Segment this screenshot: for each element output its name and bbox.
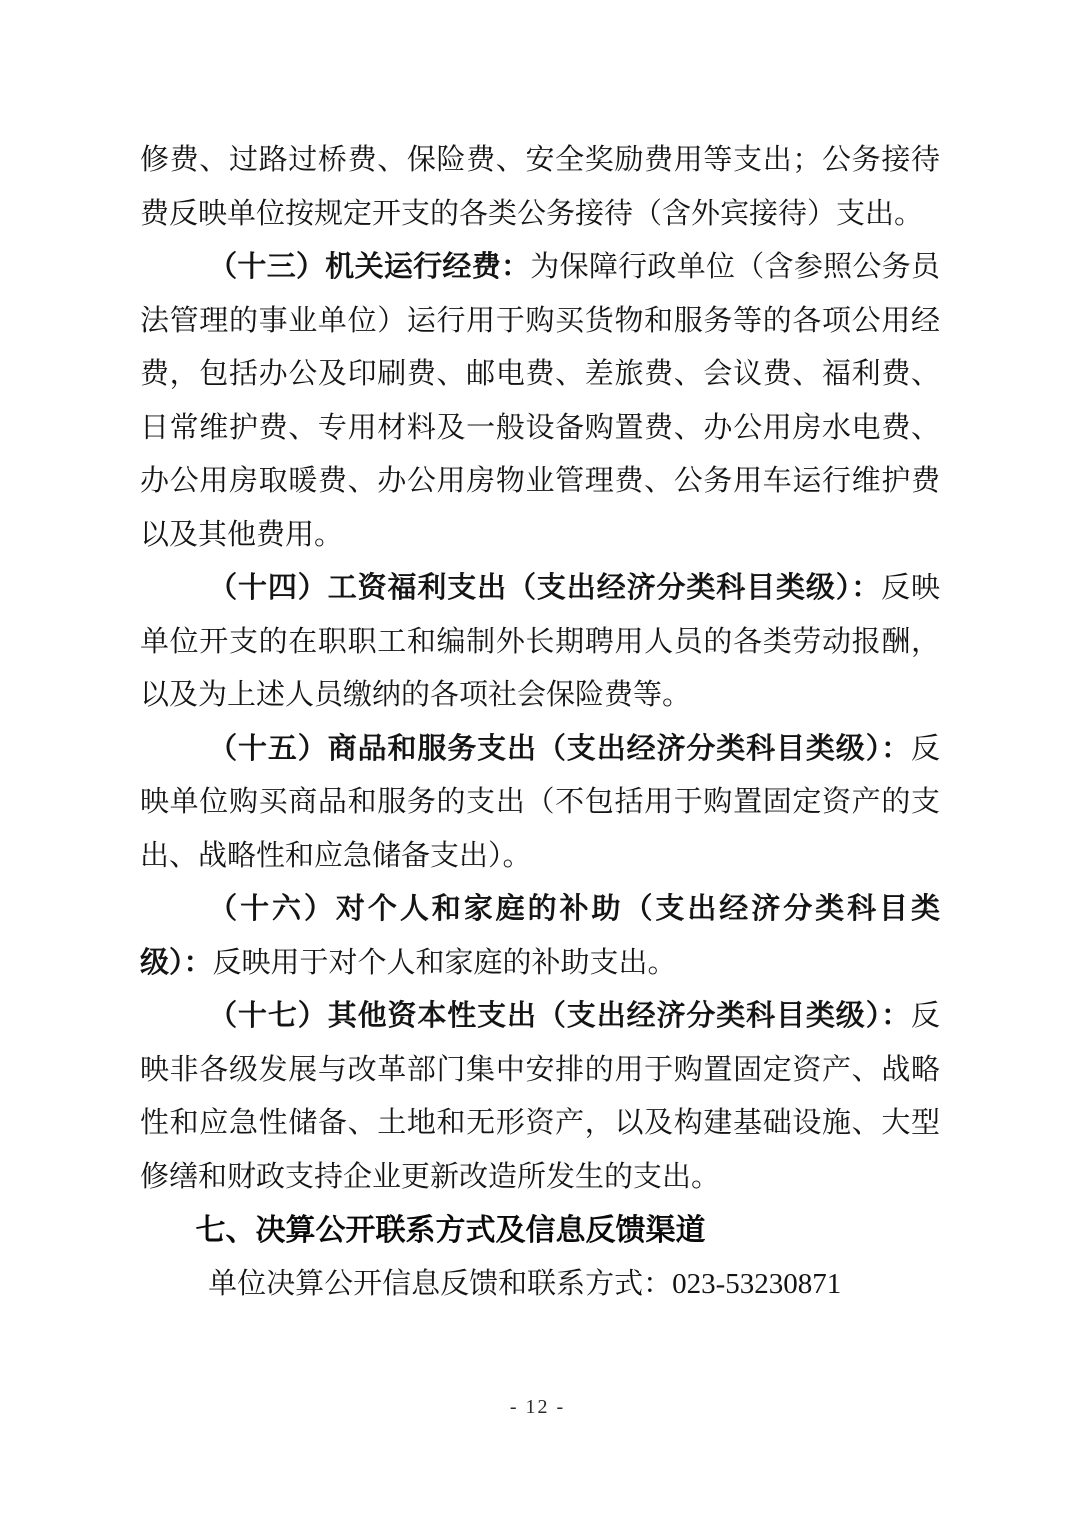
page-number: - 12 - <box>0 1396 1075 1419</box>
bold-text-segment: （十七）其他资本性支出（支出经济分类科目类级）： <box>208 1000 911 1032</box>
paragraph-13-agency-operating-expenses: （十三）机关运行经费：为保障行政单位（含参照公务员法管理的事业单位）运行用于购买… <box>140 241 940 562</box>
section-heading-contact-and-feedback: 七、决算公开联系方式及信息反馈渠道 <box>140 1204 940 1258</box>
text-segment: 为保障行政单位（含参照公务员法管理的事业单位）运行用于购买货物和服务等的各项公用… <box>140 251 940 551</box>
bold-text-segment: （十三）机关运行经费： <box>208 251 530 283</box>
text-segment: 反映用于对个人和家庭的补助支出。 <box>213 947 677 979</box>
paragraph-vehicle-reception-fee-continuation: 修费、过路过桥费、保险费、安全奖励费用等支出；公务接待费反映单位按规定开支的各类… <box>140 134 940 241</box>
paragraph-contact-phone: 单位决算公开信息反馈和联系方式：023-53230871 <box>140 1258 940 1312</box>
paragraph-14-salary-welfare-expenditure: （十四）工资福利支出（支出经济分类科目类级）：反映单位开支的在职职工和编制外长期… <box>140 562 940 723</box>
document-page: 修费、过路过桥费、保险费、安全奖励费用等支出；公务接待费反映单位按规定开支的各类… <box>0 0 1075 1520</box>
bold-text-segment: （十四）工资福利支出（支出经济分类科目类级）： <box>208 572 881 604</box>
paragraph-17-other-capital-expenditure: （十七）其他资本性支出（支出经济分类科目类级）：反映非各级发展与改革部门集中安排… <box>140 990 940 1204</box>
text-segment: 修费、过路过桥费、保险费、安全奖励费用等支出；公务接待费反映单位按规定开支的各类… <box>140 144 940 230</box>
paragraph-15-goods-services-expenditure: （十五）商品和服务支出（支出经济分类科目类级）：反映单位购买商品和服务的支出（不… <box>140 723 940 884</box>
bold-text-segment: （十五）商品和服务支出（支出经济分类科目类级）： <box>208 733 911 765</box>
paragraph-16-individual-family-subsidy: （十六）对个人和家庭的补助（支出经济分类科目类级）：反映用于对个人和家庭的补助支… <box>140 883 940 990</box>
text-content: 修费、过路过桥费、保险费、安全奖励费用等支出；公务接待费反映单位按规定开支的各类… <box>140 134 940 1311</box>
